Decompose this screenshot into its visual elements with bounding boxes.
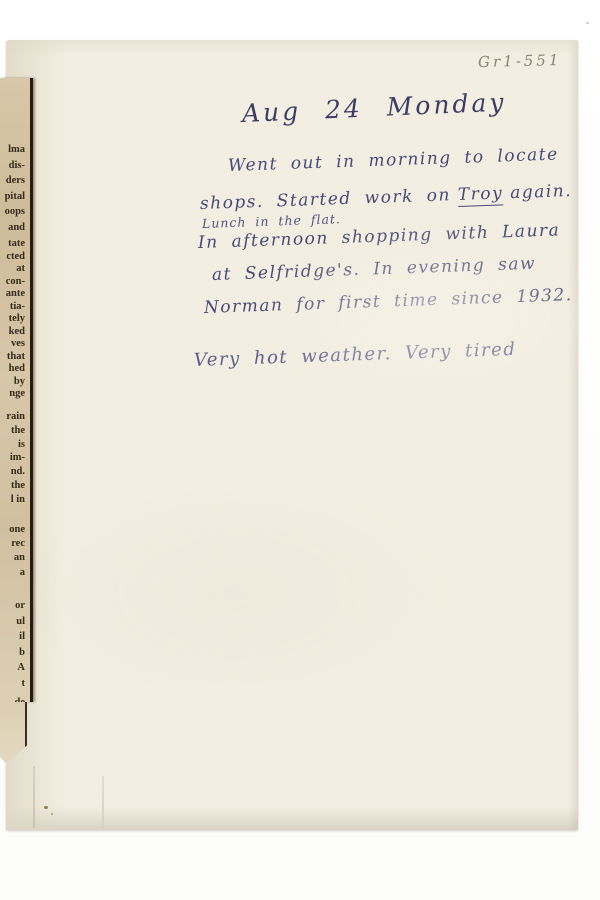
clipping-text-fragment: cted <box>0 251 25 264</box>
clipping-text-fragment: tia- <box>0 301 25 314</box>
foxing-spot <box>44 806 48 809</box>
clipping-text-fragment: nge <box>0 388 25 401</box>
clipping-text-fragment: oops <box>0 204 25 220</box>
entry-date-heading: Aug 24 Monday <box>241 88 507 127</box>
clipping-text-fragment: an <box>0 551 25 565</box>
clipping-text-fragment: that <box>0 351 25 364</box>
entry-line-2-pre: shops. Started work on <box>200 185 452 214</box>
clipping-text-fragment: pital <box>0 189 25 205</box>
entry-line-5: Norman for first time since 1932. <box>204 286 573 318</box>
diary-page: Gr1-551 Aug 24 Monday Went out in mornin… <box>6 40 578 830</box>
clipping-text-fragment: l in <box>0 493 25 507</box>
clipping-text-fragment: tate <box>0 238 25 251</box>
clipping-text-fragment: rec <box>0 537 25 551</box>
clipping-text-fragment: A <box>0 660 25 676</box>
entry-line-2-underlined-word: Troy <box>458 183 504 207</box>
clipping-text-group: tatectedatcon-antetia-telykedvesthathedb… <box>0 238 25 401</box>
clipping-text-group: orulilbAt <box>0 598 25 691</box>
archive-label: Gr1-551 <box>478 51 562 71</box>
clipping-text-fragment: ked <box>0 326 25 339</box>
clipping-text-fragment: con- <box>0 276 25 289</box>
clipping-text-fragment: t <box>0 676 25 692</box>
clipping-text-fragment: dis- <box>0 158 25 174</box>
entry-line-1: Went out in morning to locate <box>228 145 559 175</box>
clipping-text-fragment: tely <box>0 313 25 326</box>
clipping-text-fragment: im- <box>0 451 25 465</box>
clipping-text-fragment: is <box>0 438 25 452</box>
clipping-text-group: onerecana <box>0 523 25 580</box>
clipping-text-fragment: hed <box>0 363 25 376</box>
entry-line-2: shops. Started work onTroyagain. <box>200 182 573 214</box>
foxing-spot <box>51 813 53 815</box>
clipping-text-fragment: lma <box>0 142 25 158</box>
clipping-text-fragment: or <box>0 598 25 614</box>
entry-line-4: at Selfridge's. In evening saw <box>212 255 537 285</box>
entry-line-6: Very hot weather. Very tired <box>194 340 517 371</box>
bottom-corner-crease <box>102 776 104 830</box>
document-scan: Gr1-551 Aug 24 Monday Went out in mornin… <box>0 0 600 900</box>
clipping-text-fragment: the <box>0 424 25 438</box>
clipping-text-fragment: the <box>0 479 25 493</box>
clipping-text-group: raintheisim-nd.thel in <box>0 410 25 507</box>
clipping-text-fragment: rain <box>0 410 25 424</box>
clipping-text-fragment: a <box>0 566 25 580</box>
entry-line-2-post: again. <box>510 181 573 203</box>
clipping-text-fragment: by <box>0 376 25 389</box>
clipping-text-fragment: at <box>0 263 25 276</box>
clipping-text-fragment: one <box>0 523 25 537</box>
clipping-text-group: lmadis-derspitaloopsand <box>0 142 25 235</box>
clipping-text-fragment: b <box>0 645 25 661</box>
clipping-text-fragment: nd. <box>0 465 25 479</box>
clipping-text-fragment: il <box>0 629 25 645</box>
newspaper-clipping: lmadis-derspitaloopsandtatectedatcon-ant… <box>0 78 33 702</box>
gutter-crease <box>33 766 35 828</box>
clipping-text-fragment: and <box>0 220 25 236</box>
dust-speck <box>586 22 589 24</box>
clipping-text-fragment: ul <box>0 614 25 630</box>
clipping-text-fragment: ves <box>0 338 25 351</box>
clipping-text-fragment: ders <box>0 173 25 189</box>
clipping-text-fragment: ante <box>0 288 25 301</box>
